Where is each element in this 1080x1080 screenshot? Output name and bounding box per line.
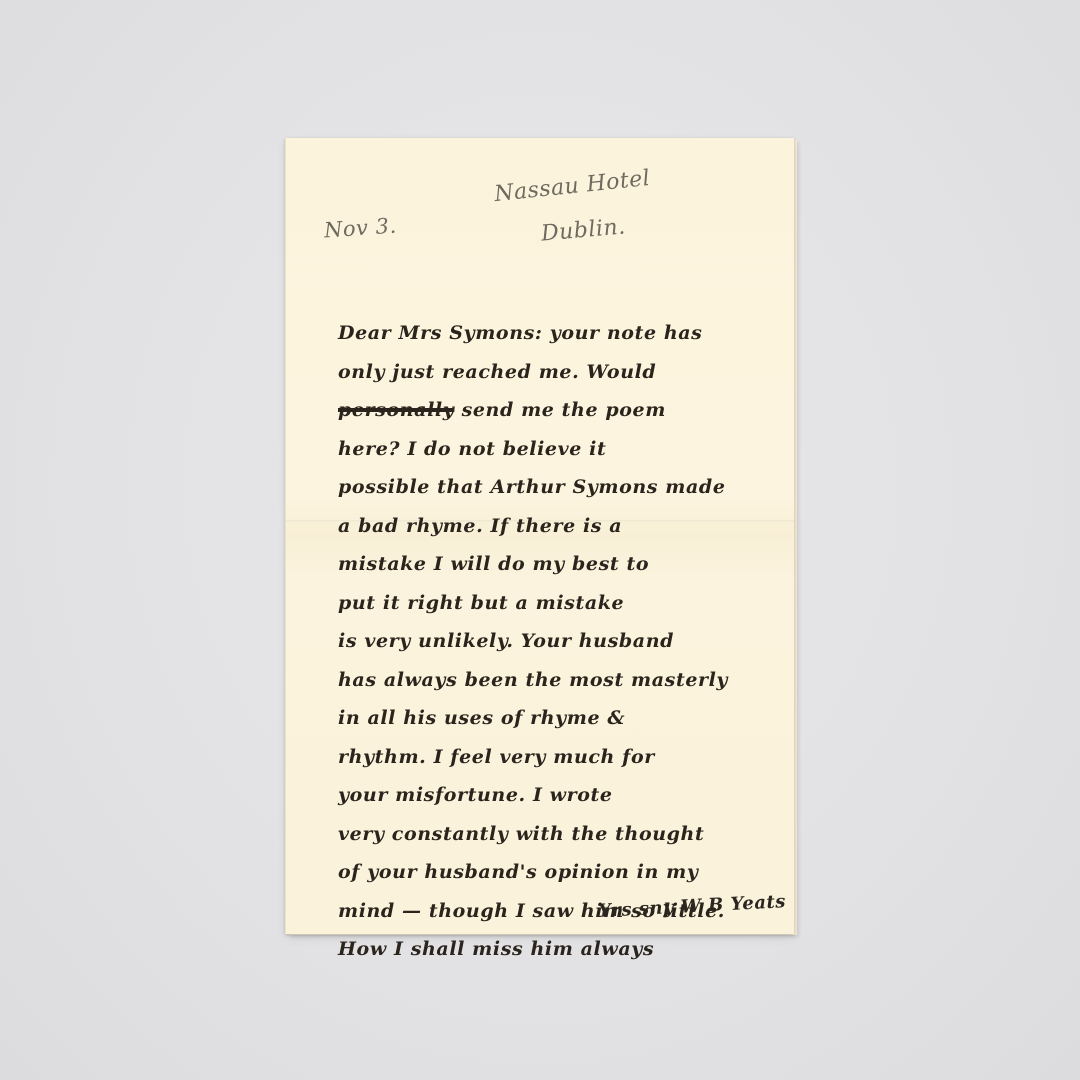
letter-line-2: only just reached me. Would: [338, 353, 778, 392]
letter-line-6: a bad rhyme. If there is a: [338, 507, 778, 546]
letter-line-15: of your husband's opinion in my: [338, 853, 778, 892]
letter-line-11: in all his uses of rhyme &: [338, 699, 778, 738]
letter-line-17: How I shall miss him always: [338, 930, 778, 969]
struck-out-word: personally: [338, 399, 454, 421]
letter-line-3-rest: send me the poem: [454, 399, 666, 421]
letter-line-3: personally send me the poem: [338, 391, 778, 430]
letter-line-9: is very unlikely. Your husband: [338, 622, 778, 661]
letter-line-13: your misfortune. I wrote: [338, 776, 778, 815]
letter-line-14: very constantly with the thought: [338, 815, 778, 854]
letter-address-hotel: Nassau Hotel: [493, 166, 651, 207]
letter-line-8: put it right but a mistake: [338, 584, 778, 623]
letter-line-7: mistake I will do my best to: [338, 545, 778, 584]
letter-line-10: has always been the most masterly: [338, 661, 778, 700]
letter-line-4: here? I do not believe it: [338, 430, 778, 469]
letter-date: Nov 3.: [323, 213, 397, 242]
letter-address-city: Dublin.: [540, 214, 626, 246]
letter-line-12: rhythm. I feel very much for: [338, 738, 778, 777]
letter-sheet: Nov 3. Nassau Hotel Dublin. Dear Mrs Sym…: [285, 138, 794, 934]
letter-body: Dear Mrs Symons: your note has only just…: [338, 314, 778, 969]
letter-line-5: possible that Arthur Symons made: [338, 468, 778, 507]
letter-line-1: Dear Mrs Symons: your note has: [338, 314, 778, 353]
